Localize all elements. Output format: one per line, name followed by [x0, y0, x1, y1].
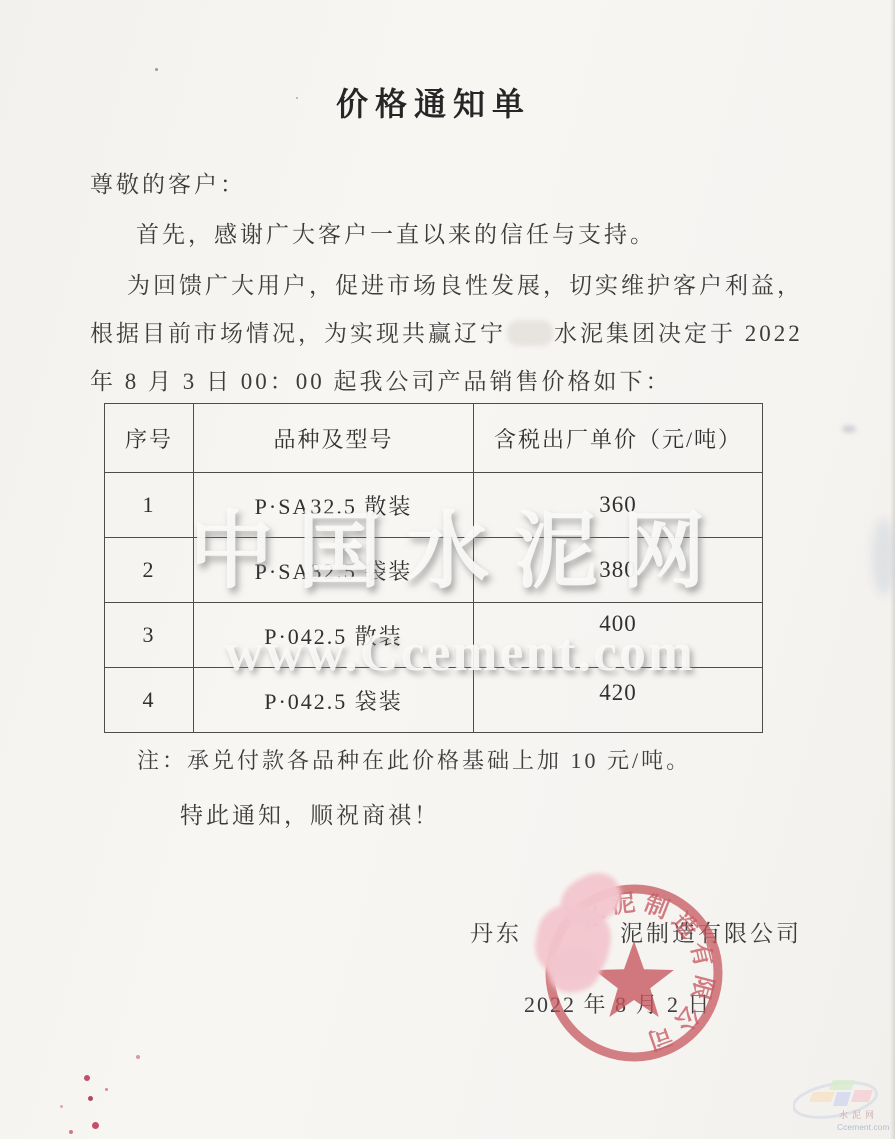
scan-speck [296, 97, 298, 99]
document-title: 价格通知单 [0, 79, 867, 125]
redaction-blur-inline [507, 320, 553, 346]
scan-smudge [842, 425, 856, 433]
cell-serial: 4 [105, 668, 194, 733]
salutation-line: 尊敬的客户： [90, 166, 246, 199]
price-table: 序号 品种及型号 含税出厂单价（元/吨） 1 P·SA32.5 散装 360 2… [104, 403, 763, 733]
price-value: 400 [599, 611, 637, 637]
header-unit-price: 含税出厂单价（元/吨） [474, 404, 763, 473]
scanned-price-notice-document: 价格通知单 尊敬的客户： 首先，感谢广大客户一直以来的信任与支持。 为回馈广大用… [0, 0, 895, 1139]
ccement-logo: 水泥网 Ccement.com [793, 1072, 889, 1134]
ink-speck [69, 1130, 73, 1134]
cell-product: P·042.5 散装 [194, 603, 474, 668]
ink-speck [60, 1105, 63, 1108]
cell-price: 400 [474, 603, 763, 668]
cell-price: 360 [474, 473, 763, 538]
table-row: 4 P·042.5 袋装 420 [105, 668, 763, 733]
header-product-type: 品种及型号 [194, 404, 474, 473]
company-name-prefix: 丹东 [470, 921, 522, 946]
scan-smudge [872, 518, 895, 596]
cell-product: P·042.5 袋装 [194, 668, 474, 733]
scan-speck [155, 68, 158, 71]
table-row: 2 P·SA32.5 袋装 380 [105, 538, 763, 603]
ink-speck [92, 1122, 99, 1129]
ink-speck [88, 1096, 93, 1101]
header-serial-number: 序号 [105, 404, 194, 473]
price-value: 380 [599, 557, 637, 582]
cell-price: 420 [474, 668, 763, 733]
body-line-2-after-redaction: 水泥集团决定于 2022 [554, 321, 803, 346]
closing-line: 特此通知，顺祝商祺！ [180, 797, 440, 830]
paragraph-body-line-1: 为回馈广大用户，促进市场良性发展，切实维护客户利益， [127, 267, 803, 300]
cell-product: P·SA32.5 散装 [194, 473, 474, 538]
cell-serial: 3 [105, 603, 194, 668]
table-header-row: 序号 品种及型号 含税出厂单价（元/吨） [105, 404, 763, 473]
cell-serial: 2 [105, 538, 194, 603]
paragraph-body-line-3: 年 8 月 3 日 00：00 起我公司产品销售价格如下： [90, 363, 672, 396]
price-value: 420 [599, 680, 637, 706]
body-line-2-before-redaction: 根据目前市场情况，为实现共赢辽宁 [90, 321, 506, 346]
table-row: 3 P·042.5 散装 400 [105, 603, 763, 668]
cell-serial: 1 [105, 473, 194, 538]
logo-text-cn: 水泥网 [839, 1109, 878, 1120]
logo-text-en: Ccement.com [837, 1122, 889, 1132]
ink-speck [105, 1088, 108, 1091]
cell-price: 380 [474, 538, 763, 603]
price-value: 360 [599, 492, 637, 517]
logo-block-orange [809, 1092, 835, 1102]
logo-block-blue [833, 1092, 851, 1106]
paragraph-thanks: 首先，感谢广大客户一直以来的信任与支持。 [136, 216, 656, 249]
payment-note: 注：承兑付款各品种在此价格基础上加 10 元/吨。 [137, 744, 691, 775]
paragraph-body-line-2: 根据目前市场情况，为实现共赢辽宁水泥集团决定于 2022 [90, 315, 803, 348]
table-row: 1 P·SA32.5 散装 360 [105, 473, 763, 538]
ink-speck [136, 1055, 140, 1059]
logo-block-pink [851, 1090, 873, 1102]
logo-block-green [829, 1080, 855, 1090]
ink-speck [84, 1075, 90, 1081]
cell-product: P·SA32.5 袋装 [194, 538, 474, 603]
